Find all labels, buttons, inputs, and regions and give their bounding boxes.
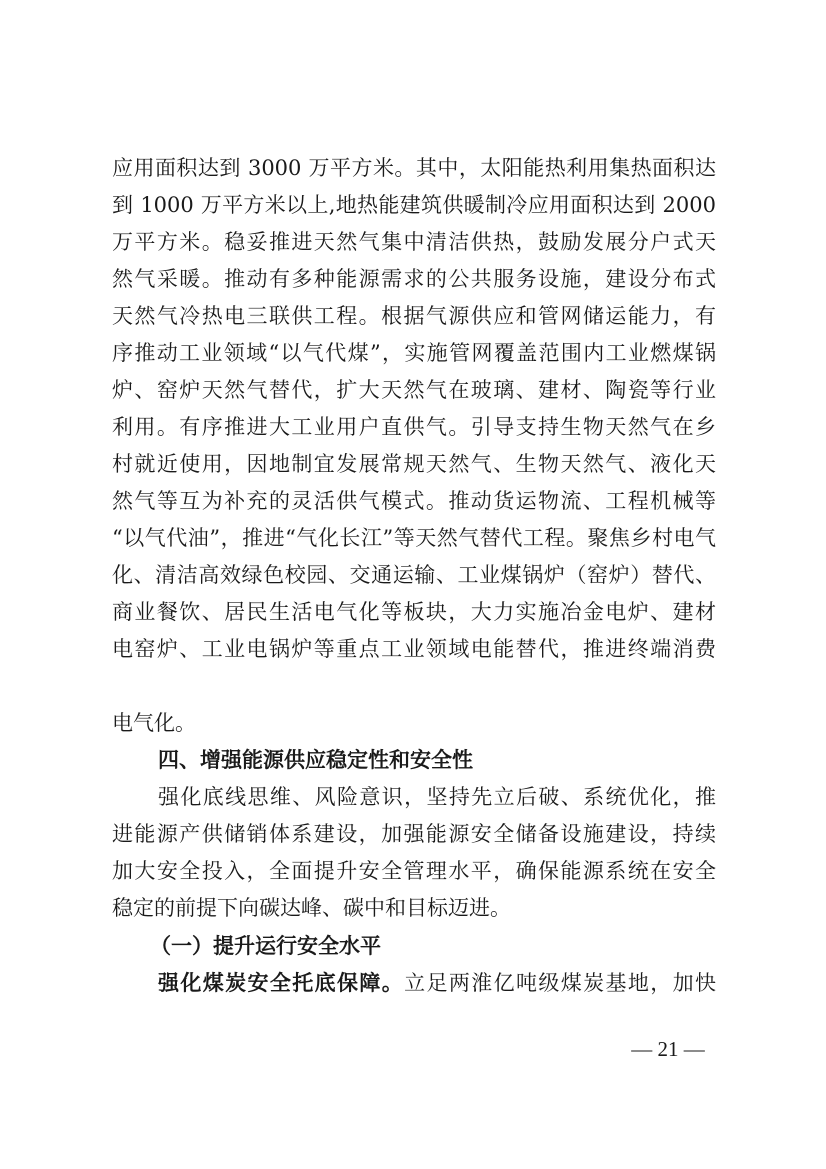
- document-page: 应用面积达到 3000 万平方米。其中，太阳能热利用集热面积达 到 1000 万…: [0, 0, 826, 1169]
- body-line: 利用。有序推进大工业用户直供气。引导支持生物天然气在乡: [112, 409, 716, 446]
- body-line: 化、清洁高效绿色校园、交通运输、工业煤锅炉（窑炉）替代、: [112, 557, 716, 594]
- body-line: 村就近使用，因地制宜发展常规天然气、生物天然气、液化天: [112, 446, 716, 483]
- lead-line-rest: 立足两淮亿吨级煤炭基地，加快: [404, 971, 716, 995]
- body-line: 应用面积达到 3000 万平方米。其中，太阳能热利用集热面积达: [112, 150, 716, 187]
- body-line: 天然气冷热电三联供工程。根据气源供应和管网储运能力，有: [112, 298, 716, 335]
- body-line: 炉、窑炉天然气替代，扩大天然气在玻璃、建材、陶瓷等行业: [112, 372, 716, 409]
- body-line: 商业餐饮、居民生活电气化等板块，大力实施冶金电炉、建材: [112, 594, 716, 631]
- body-line: 万平方米。稳妥推进天然气集中清洁供热，鼓励发展分户式天: [112, 224, 716, 261]
- bold-lead-phrase: 强化煤炭安全托底保障。: [158, 970, 404, 995]
- body-line: 然气等互为补充的灵活供气模式。推动货运物流、工程机械等: [112, 483, 716, 520]
- section-line: 进能源产供储销体系建设，加强能源安全储备设施建设，持续: [112, 816, 716, 853]
- section-heading: 四、增强能源供应稳定性和安全性: [158, 742, 716, 779]
- page-number: — 21 —: [618, 1034, 718, 1064]
- paragraph-lead-line: 强化煤炭安全托底保障。立足两淮亿吨级煤炭基地，加快: [158, 964, 716, 1001]
- subsection-heading: （一）提升运行安全水平: [150, 927, 754, 964]
- body-line: 电窑炉、工业电锅炉等重点工业领域电能替代，推进终端消费: [112, 631, 716, 668]
- section-line: 加大安全投入，全面提升安全管理水平，确保能源系统在安全: [112, 853, 716, 890]
- section-line: 稳定的前提下向碳达峰、碳中和目标迈进。: [112, 890, 716, 927]
- body-line: 序推动工业领域“以气代煤”，实施管网覆盖范围内工业燃煤锅: [112, 335, 716, 372]
- body-line: 然气采暖。推动有多种能源需求的公共服务设施，建设分布式: [112, 261, 716, 298]
- body-line: 电气化。: [112, 705, 716, 742]
- section-line: 强化底线思维、风险意识，坚持先立后破、系统优化，推: [158, 779, 716, 816]
- body-line: 到 1000 万平方米以上,地热能建筑供暖制冷应用面积达到 2000: [112, 187, 716, 224]
- body-line: “以气代油”，推进“气化长江”等天然气替代工程。聚焦乡村电气: [112, 520, 716, 557]
